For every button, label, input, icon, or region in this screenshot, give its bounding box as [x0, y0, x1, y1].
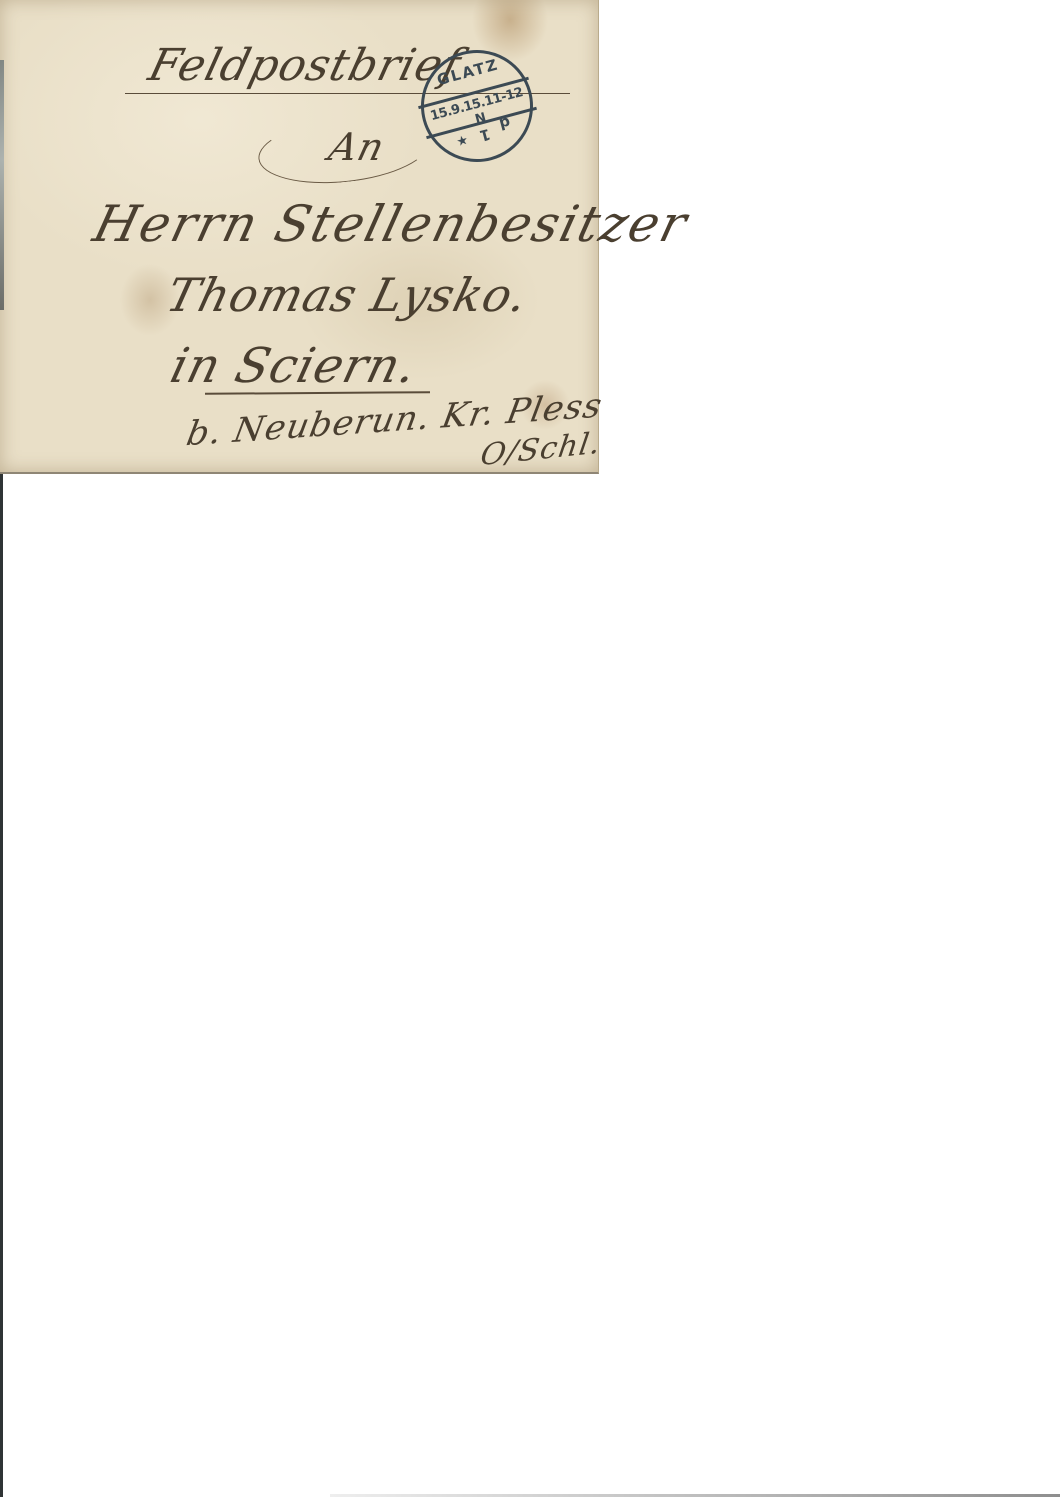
town-underline [205, 391, 430, 395]
address-line-title: Herrn Stellenbesitzer [88, 195, 694, 253]
scanner-edge-left [0, 470, 3, 1497]
star-icon: ★ [455, 133, 470, 151]
address-line-region: O/Schl. [478, 426, 603, 473]
address-line-town: in Sciern. [165, 338, 423, 394]
salutation-to: An [325, 125, 390, 169]
address-line-name: Thomas Lysko. [161, 268, 533, 322]
envelope-scan: Feldpostbrief An Herrn Stellenbesitzer T… [0, 0, 599, 474]
postmark-office-number: 1 [478, 125, 493, 145]
